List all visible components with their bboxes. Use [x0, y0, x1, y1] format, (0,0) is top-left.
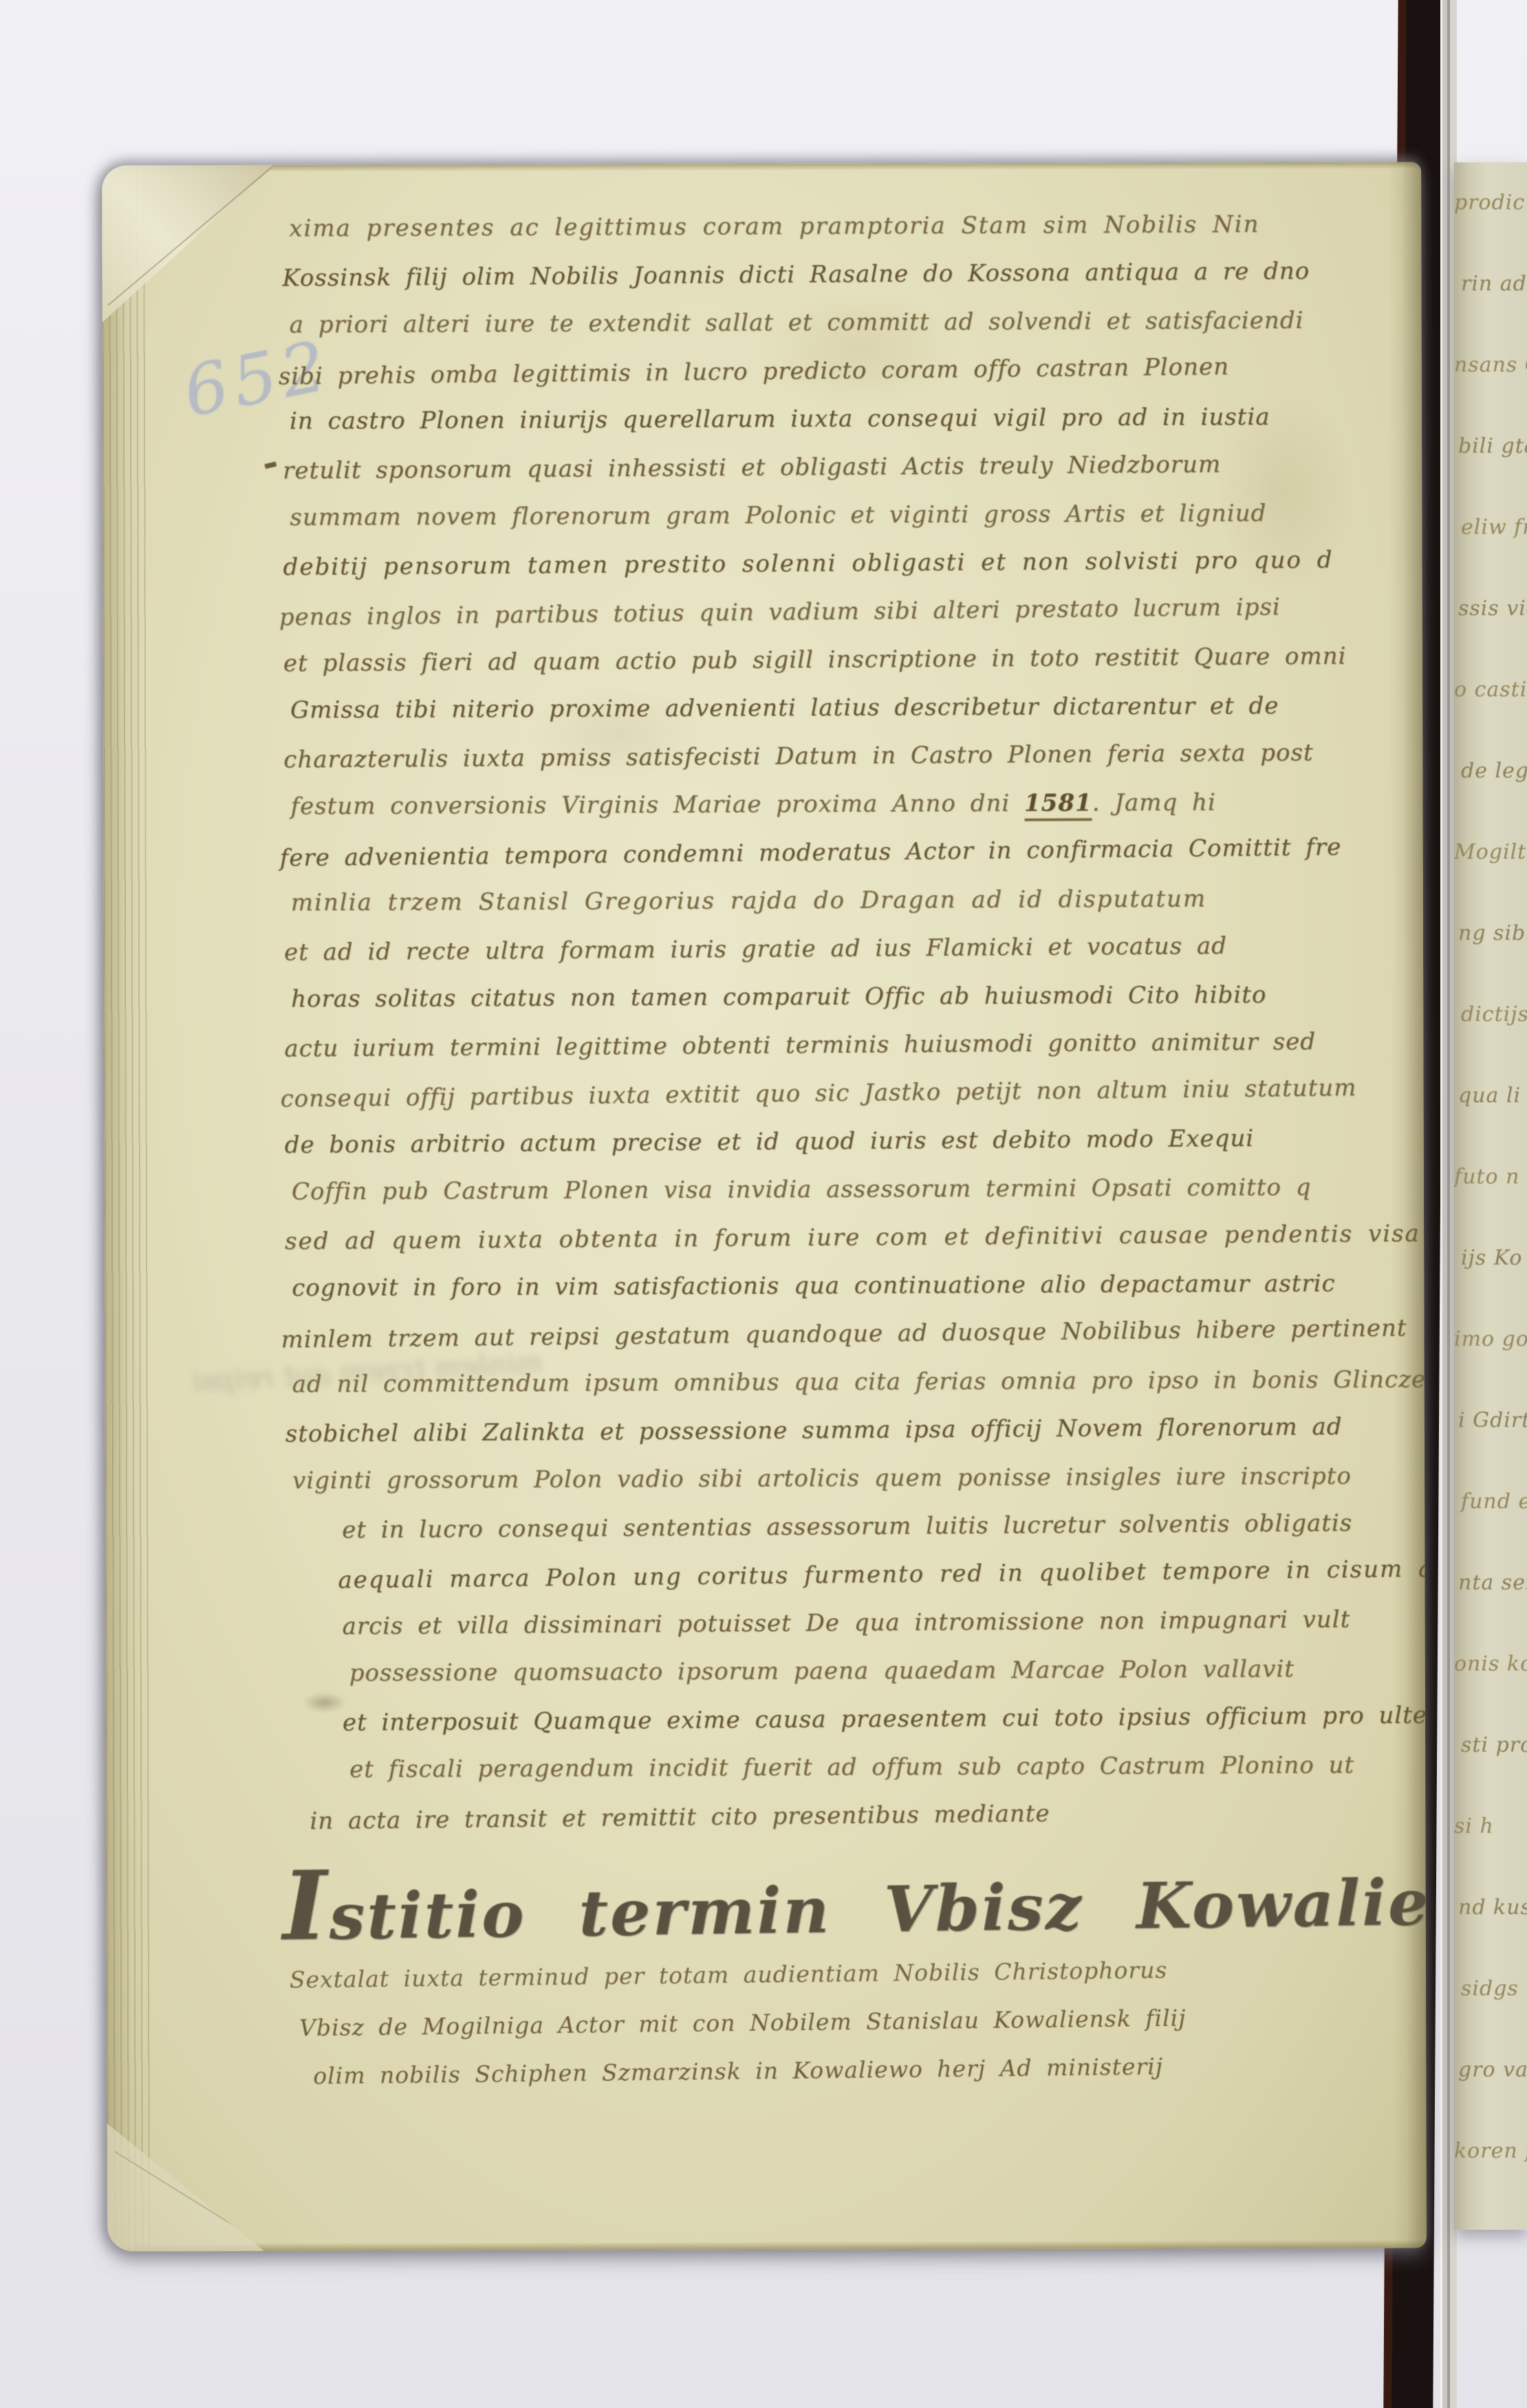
- facing-page-text-fragment: i Gdirto: [1454, 1380, 1527, 1461]
- manuscript-line: possessione quomsuacto ipsorum paena qua…: [349, 1644, 1427, 1697]
- facing-page-text-fragment: si h: [1454, 1786, 1527, 1867]
- manuscript-line: viginti grossorum Polon vadio sibi artol…: [292, 1452, 1427, 1505]
- manuscript-line: et fiscali peragendum incidit fuerit ad …: [349, 1741, 1427, 1794]
- manuscript-line: Gmissa tibi niterio proxime advenienti l…: [290, 681, 1427, 734]
- page-stack-edge: [102, 165, 151, 2251]
- facing-page-text-fragment: sidgs ib: [1457, 1948, 1527, 2030]
- facing-page-text-fragment: o castind: [1454, 649, 1527, 731]
- facing-page-text-fragment: sti prot: [1457, 1705, 1527, 1786]
- manuscript-body: xima presentes ac legittimus coram pramp…: [282, 200, 1427, 1840]
- manuscript-line: charazterulis iuxta pmiss satisfecisti D…: [283, 728, 1427, 784]
- manuscript-line: in castro Plonen iniurijs querellarum iu…: [290, 392, 1427, 445]
- dogear-fold: [102, 165, 276, 323]
- manuscript-line: horas solitas citatus non tamen comparui…: [291, 970, 1427, 1023]
- facing-page-text-fragment: onis kowal: [1454, 1624, 1527, 1705]
- manuscript-line: et interposuit Quamque exime causa praes…: [343, 1691, 1427, 1747]
- manuscript-line: stobichel alibi Zalinkta et possessione …: [285, 1402, 1427, 1459]
- facing-page-text-fragment: ijs Ko: [1457, 1218, 1527, 1299]
- facing-page-text-fragment: Mogilt: [1454, 812, 1527, 893]
- manuscript-line: Coffin pub Castrum Plonen visa invidia a…: [292, 1163, 1427, 1216]
- manuscript-line: de bonis arbitrio actum precise et id qu…: [285, 1113, 1427, 1170]
- facing-page-text-fragment: nsans O: [1454, 325, 1527, 406]
- facing-page-text-fragment: bili gtan: [1454, 406, 1527, 487]
- manuscript-line: a priori alteri iure te extendit sallat …: [289, 296, 1426, 349]
- manuscript-line: Kossinsk filij olim Nobilis Joannis dict…: [282, 246, 1427, 303]
- manuscript-line: minlem trzem aut reipsi gestatum quandoq…: [281, 1304, 1427, 1364]
- facing-page-text-fragment: qua li d: [1454, 1055, 1527, 1137]
- facing-page-text-fragment: de legi: [1457, 731, 1527, 812]
- facing-page-text-fragment: imo gost: [1454, 1299, 1527, 1380]
- manuscript-line: xima presentes ac legittimus coram pramp…: [289, 200, 1427, 252]
- facing-page-text-fragment: futo n: [1454, 1137, 1527, 1218]
- facing-page-text-fragment: koren fi: [1454, 2111, 1527, 2192]
- underlined-year: 1581: [1024, 789, 1092, 821]
- facing-page-sliver: prodic zirin ad fnsans Obili gtaneliw fr…: [1454, 162, 1527, 2230]
- manuscript-page: minlem trzem aut reipsi gestatum quandoq…: [102, 162, 1427, 2251]
- manuscript-line: sed ad quem iuxta obtenta in forum iure …: [285, 1210, 1427, 1266]
- manuscript-line: et plassis fieri ad quam actio pub sigil…: [283, 632, 1427, 688]
- facing-page-text-fragment: ng sibig: [1454, 893, 1527, 974]
- manuscript-line: fere advenientia tempora condemni modera…: [279, 822, 1427, 883]
- manuscript-line: retulit sponsorum quasi inhessisti et ob…: [283, 439, 1427, 495]
- manuscript-line: arcis et villa dissiminari potuisset De …: [342, 1595, 1427, 1651]
- manuscript-line: ad nil committendum ipsum omnibus qua ci…: [292, 1355, 1427, 1408]
- manuscript-line: summam novem florenorum gram Polonic et …: [290, 488, 1427, 541]
- heading-paragraph: Sextalat iuxta terminud per totam audien…: [313, 1948, 1427, 2095]
- facing-page-text-fragment: fund et m: [1457, 1461, 1527, 1542]
- facing-page-text-fragment: rin ad f: [1457, 244, 1527, 325]
- section-heading-calligraphy: Istitio termin Vbisz Kowaliewo: [282, 1834, 1427, 1961]
- facing-page-text-fragment: nd kuscz: [1454, 1867, 1527, 1948]
- facing-page-text-fragment: prodic zi: [1454, 162, 1527, 244]
- facing-page-text-fragment: eliw fracij: [1457, 487, 1527, 568]
- manuscript-line: cognovit in foro in vim satisfactionis q…: [292, 1259, 1427, 1312]
- facing-page-text-fragment: nta sexag: [1454, 1542, 1527, 1624]
- manuscript-line: minlia trzem Stanisl Gregorius rajda do …: [291, 874, 1427, 927]
- margin-dash-mark: -: [257, 439, 282, 485]
- facing-page-text-fragment: gro vad: [1454, 2030, 1527, 2111]
- manuscript-line: sibi prehis omba legittimis in lucro pre…: [278, 341, 1426, 401]
- manuscript-line: festum conversionis Virginis Mariae prox…: [290, 777, 1427, 830]
- facing-page-text-fragment: ssis via: [1454, 568, 1527, 649]
- manuscript-line: et ad id recte ultra formam iuris gratie…: [284, 921, 1427, 977]
- facing-page-text-fragment: dictijs re: [1457, 974, 1527, 1055]
